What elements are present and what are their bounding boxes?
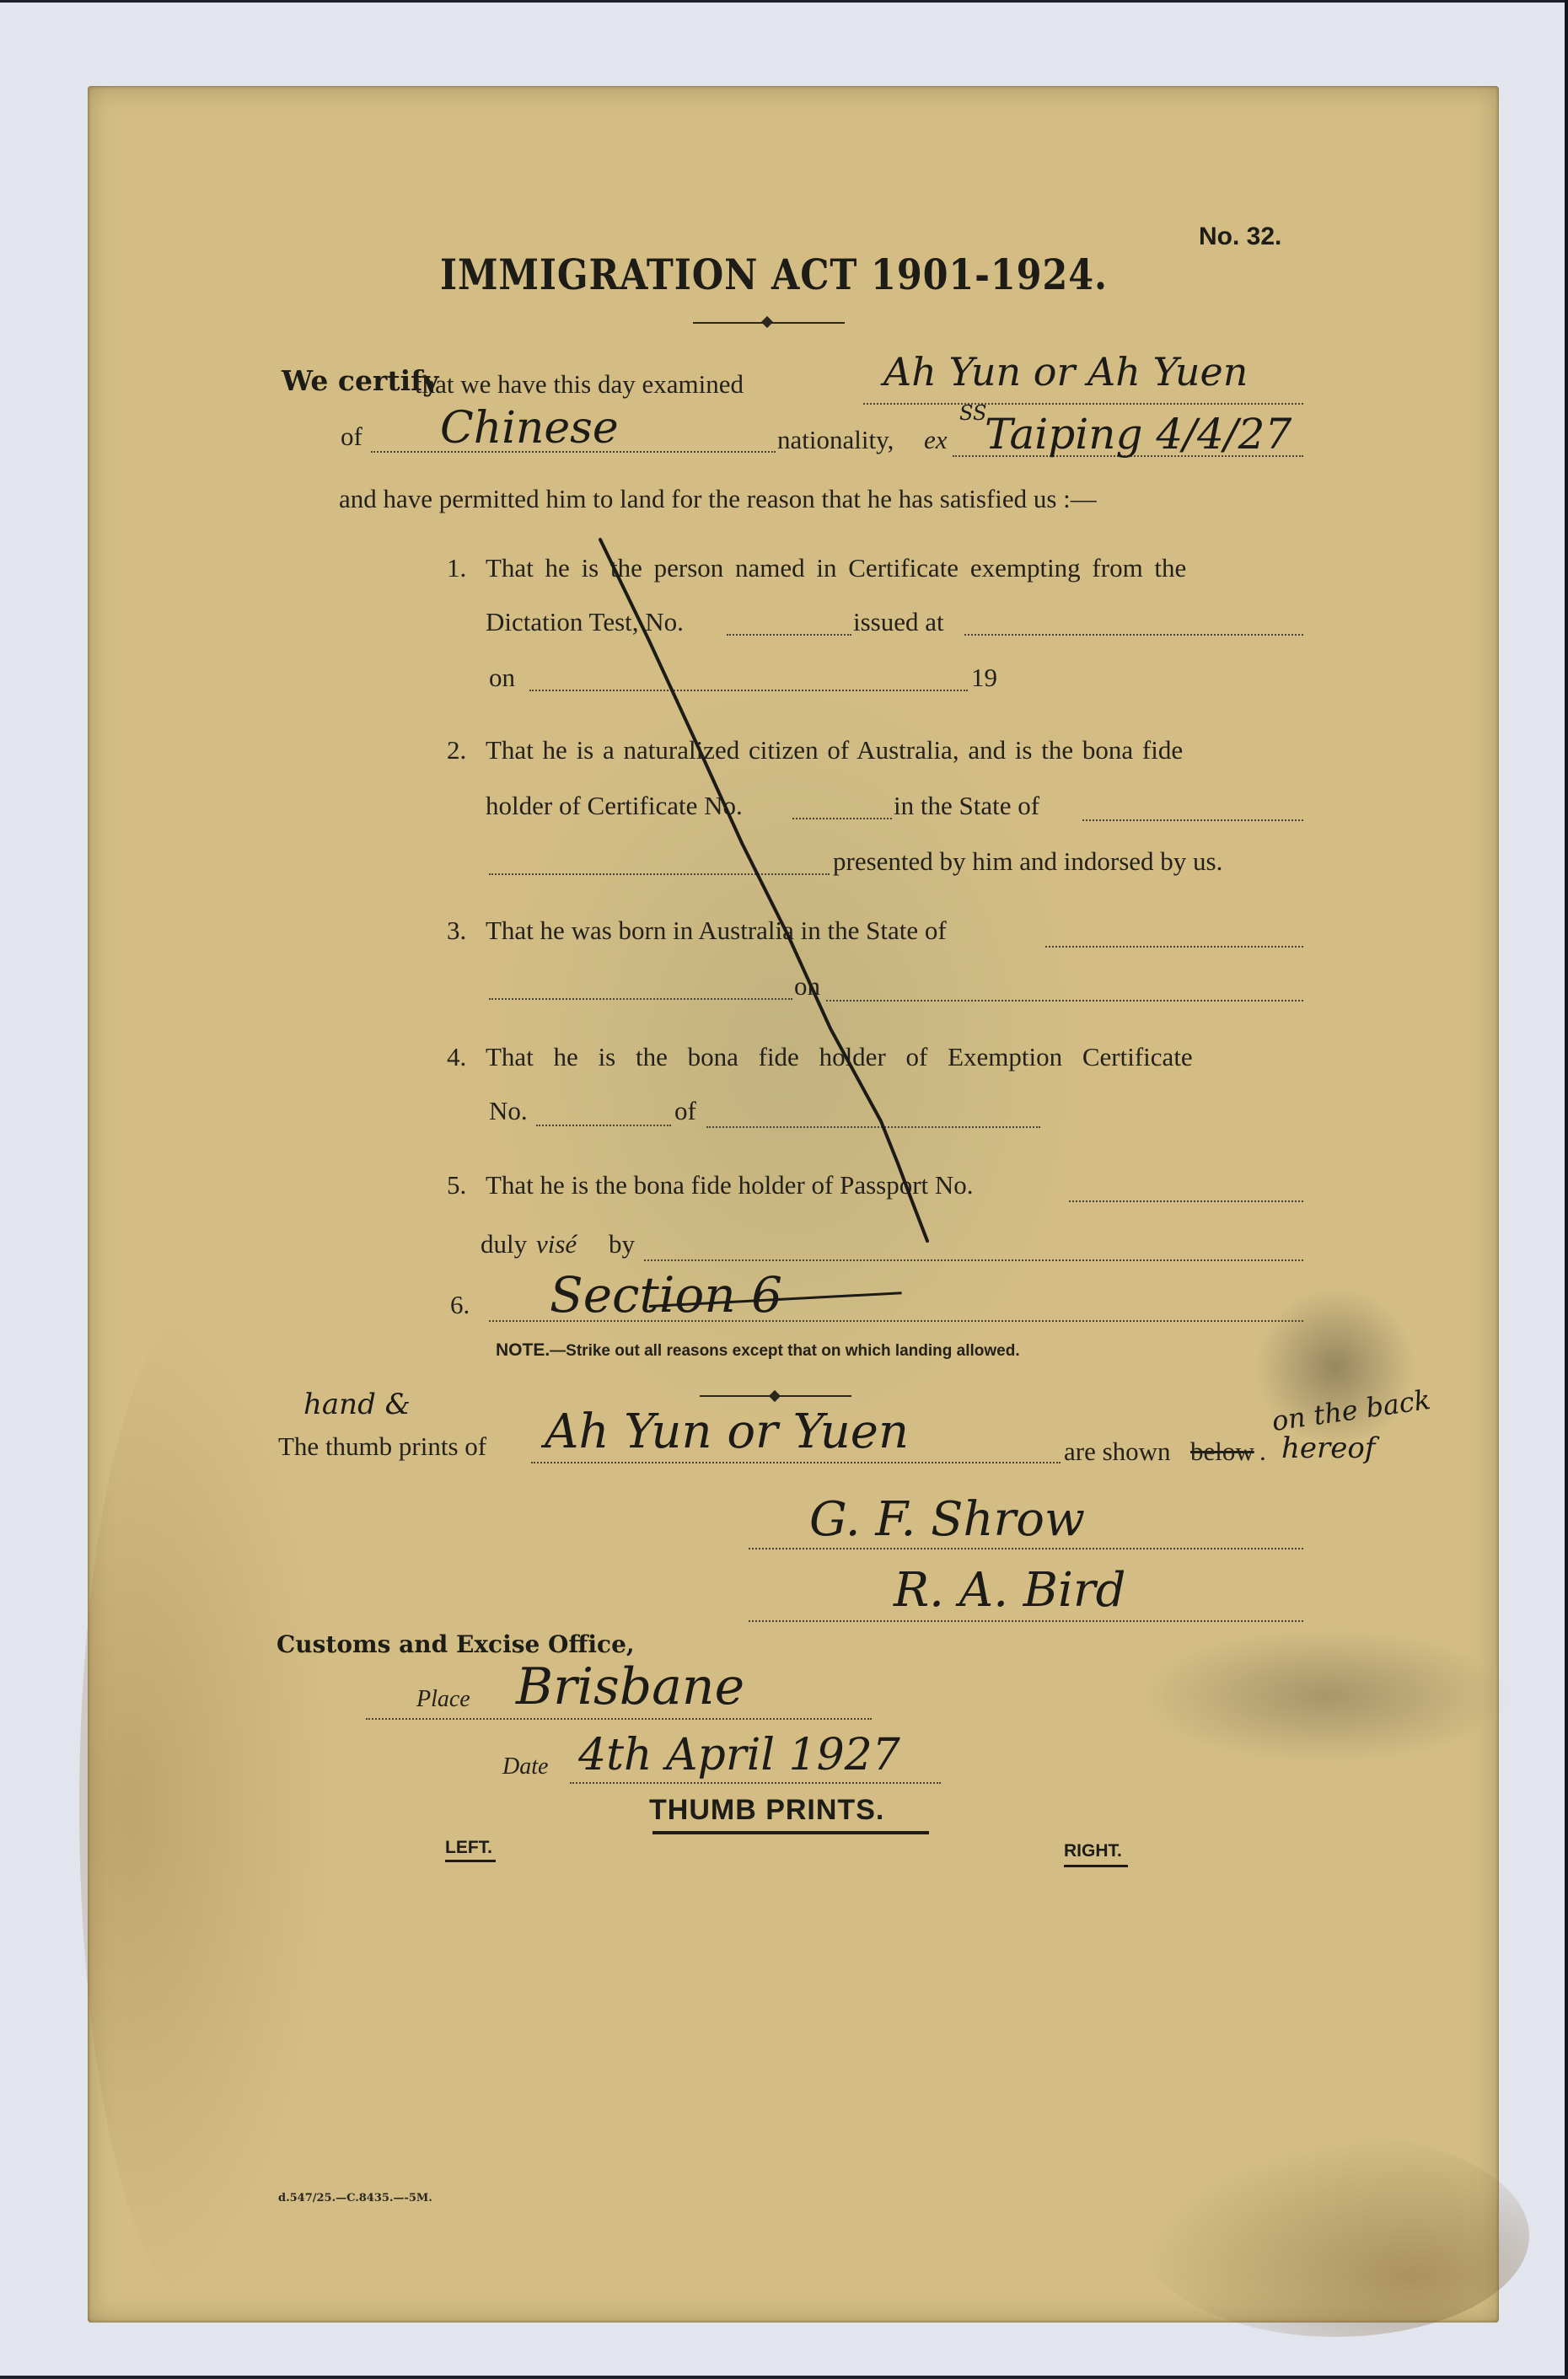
signature-1: G. F. Shrow [809,1492,1085,1547]
place-field [366,1718,872,1720]
place-label: Place [416,1686,470,1713]
left-thumb-label: LEFT. [445,1838,492,1858]
thumb-statement-period: . [1259,1437,1266,1467]
date-label: Date [502,1753,548,1780]
signature-2: R. A. Bird [894,1563,1126,1618]
office-label: Customs and Excise Office, [277,1630,635,1658]
note-text: —Strike out all reasons except that on w… [550,1342,1019,1360]
print-code: d.547/25.—C.8435.—-5M. [278,2192,432,2204]
date-value: 4th April 1927 [578,1730,900,1780]
thumb-name-value: Ah Yun or Yuen [545,1404,909,1459]
thumb-name-field [531,1462,1061,1463]
right-label-underline [1064,1865,1128,1867]
addition-line2: hereof [1281,1431,1375,1465]
insert-above-value: hand & [303,1388,411,1421]
thumb-prints-title: THUMB PRINTS. [649,1794,884,1827]
left-label-underline [445,1860,496,1862]
thumb-statement-suffix: are shown [1064,1437,1171,1467]
struck-word: below [1190,1437,1254,1467]
right-thumb-label: RIGHT. [1064,1841,1122,1861]
place-value: Brisbane [516,1657,744,1716]
signature-line-1 [749,1548,1303,1549]
note-label: NOTE. [496,1340,550,1360]
note: NOTE.—Strike out all reasons except that… [496,1340,1020,1361]
thumb-prints-underline [652,1831,929,1834]
thumb-statement-prefix: The thumb prints of [278,1431,486,1462]
signature-line-2 [749,1620,1303,1622]
date-field [570,1782,941,1784]
strike-out-line [0,0,1568,2379]
